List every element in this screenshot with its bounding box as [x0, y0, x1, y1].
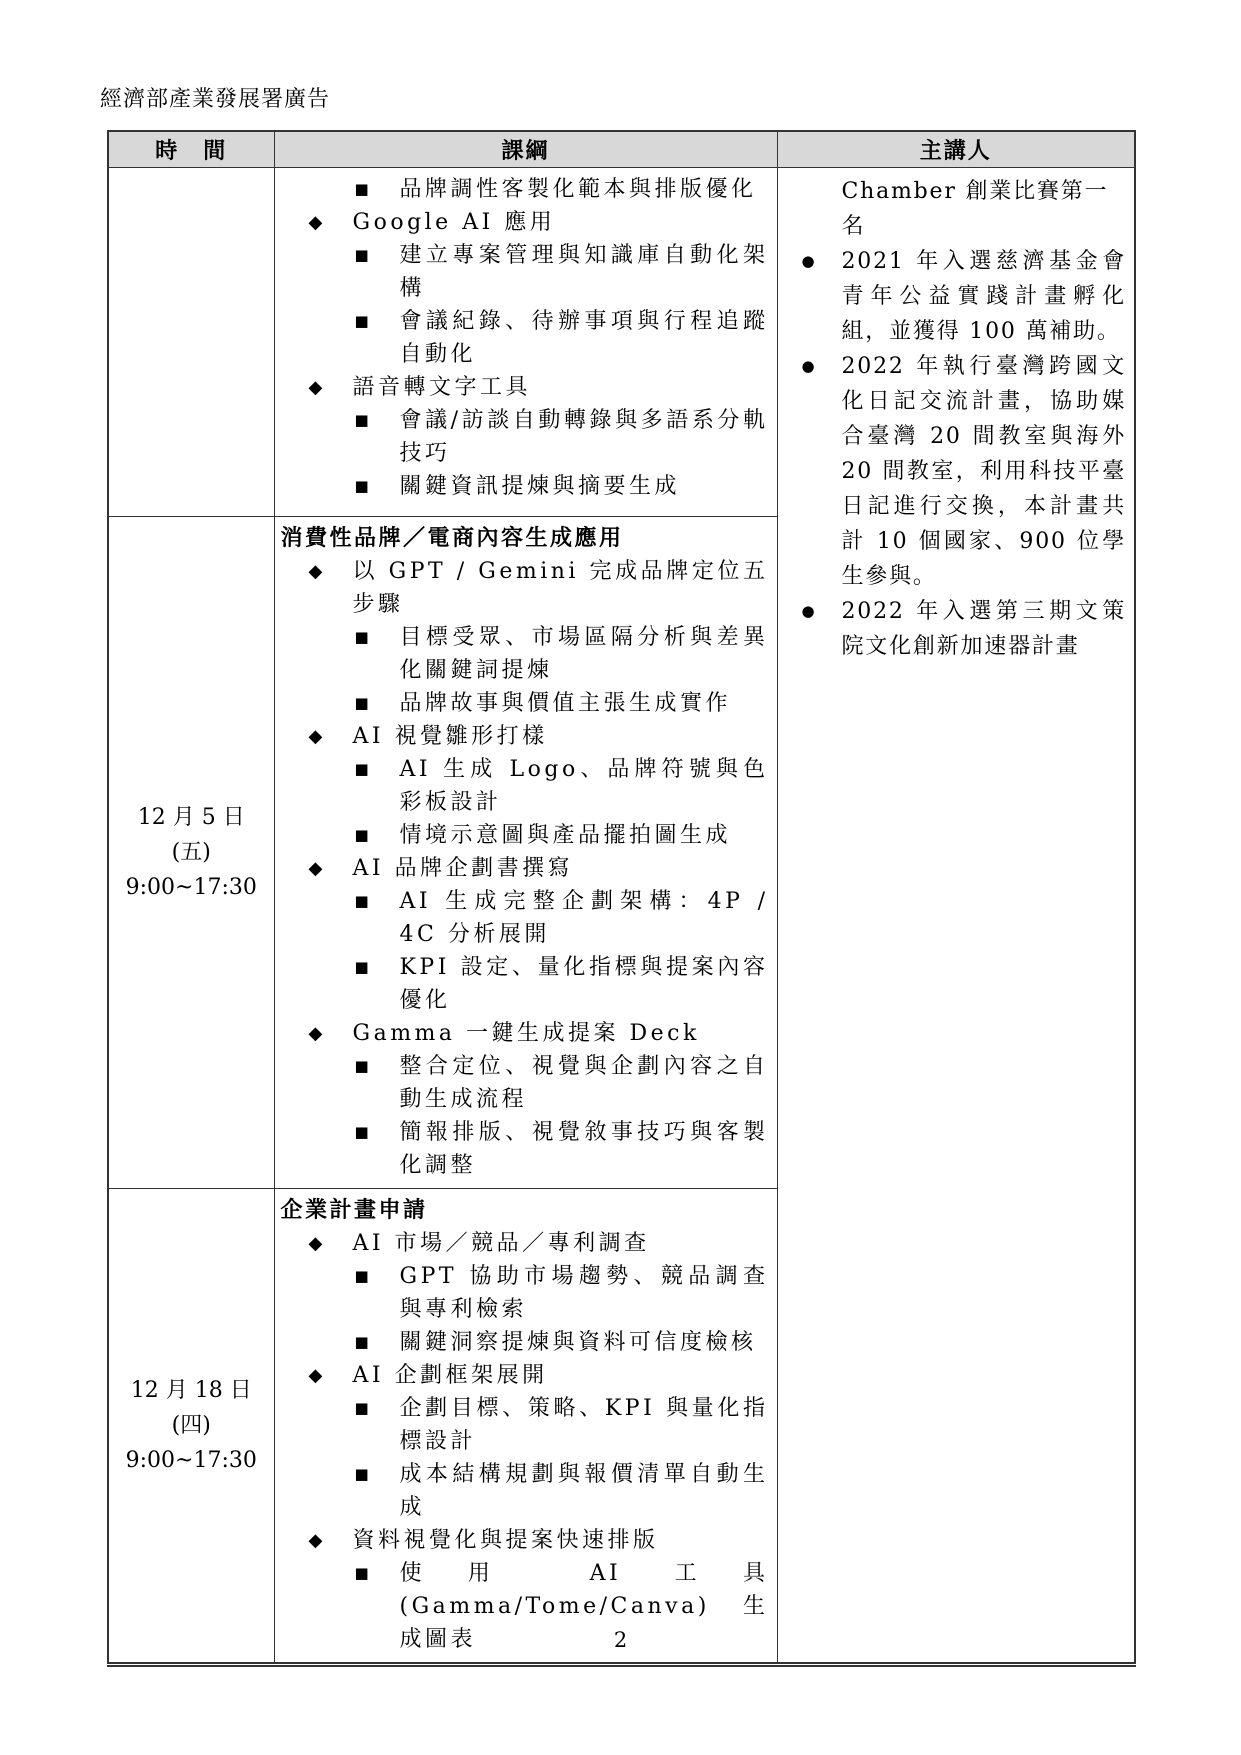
square-bullet-icon: ■: [355, 819, 400, 852]
col-header-time: 時 間: [108, 131, 274, 168]
outline-item-text: AI 品牌企劃書撰寫: [353, 852, 769, 885]
outline-item-text: AI 生成完整企劃架構：4P / 4C 分析展開: [400, 885, 769, 951]
diamond-bullet-icon: ◆: [309, 1524, 353, 1557]
circle-bullet-icon: ●: [802, 244, 842, 279]
time-line: (五): [111, 835, 272, 870]
square-bullet-icon: ■: [355, 470, 400, 503]
diamond-bullet-icon: ◆: [309, 1359, 353, 1392]
outline-item: ■成本結構規劃與報價清單自動生成: [281, 1458, 769, 1524]
diamond-bullet-icon: ◆: [309, 852, 353, 885]
outline-item: ◆語音轉文字工具: [281, 371, 769, 404]
outline-item: ■建立專案管理與知識庫自動化架構: [281, 239, 769, 305]
square-bullet-icon: ■: [355, 885, 400, 918]
square-bullet-icon: ■: [355, 753, 400, 786]
outline-item-text: 成本結構規劃與報價清單自動生成: [400, 1458, 769, 1524]
outline-item-text: AI 生成 Logo、品牌符號與色彩板設計: [400, 753, 769, 819]
speaker-item-text: 2021 年入選慈濟基金會青年公益實踐計畫孵化組，並獲得 100 萬補助。: [842, 244, 1127, 349]
outline-item-text: 目標受眾、市場區隔分析與差異化關鍵詞提煉: [400, 621, 769, 687]
outline-item-text: 關鍵洞察提煉與資料可信度檢核: [400, 1326, 769, 1359]
outline-item-text: 簡報排版、視覺敘事技巧與客製化調整: [400, 1116, 769, 1182]
speaker-item-text: 2022 年執行臺灣跨國文化日記交流計畫，協助媒合臺灣 20 間教室與海外 20…: [842, 349, 1127, 594]
outline-item: ■情境示意圖與產品擺拍圖生成: [281, 819, 769, 852]
square-bullet-icon: ■: [355, 1116, 400, 1149]
speaker-item: ●2022 年入選第三期文策院文化創新加速器計畫: [784, 594, 1127, 664]
outline-item-text: GPT 協助市場趨勢、競品調查與專利檢索: [400, 1260, 769, 1326]
schedule-table: 時 間 課綱 主講人 ■品牌調性客製化範本與排版優化◆Google AI 應用■…: [107, 130, 1136, 1667]
outline-item-text: 資料視覺化與提案快速排版: [353, 1524, 769, 1557]
square-bullet-icon: ■: [355, 1260, 400, 1293]
outline-item: ■品牌故事與價值主張生成實作: [281, 687, 769, 720]
outline-item: ■AI 生成完整企劃架構：4P / 4C 分析展開: [281, 885, 769, 951]
document-page: 經濟部產業發展署廣告 時 間 課綱 主講人 ■品牌調性客製化範本與排版優化◆Go…: [0, 0, 1241, 1755]
diamond-bullet-icon: ◆: [309, 555, 353, 588]
speaker-item: ●2022 年執行臺灣跨國文化日記交流計畫，協助媒合臺灣 20 間教室與海外 2…: [784, 349, 1127, 594]
outline-item-text: 語音轉文字工具: [353, 371, 769, 404]
speaker-item-text: 2022 年入選第三期文策院文化創新加速器計畫: [842, 594, 1127, 664]
outline-cell: ■品牌調性客製化範本與排版優化◆Google AI 應用■建立專案管理與知識庫自…: [274, 168, 777, 517]
outline-item: ■關鍵洞察提煉與資料可信度檢核: [281, 1326, 769, 1359]
time-line: 12 月 5 日: [111, 800, 272, 835]
square-bullet-icon: ■: [355, 173, 400, 206]
time-line: 9:00~17:30: [111, 870, 272, 905]
outline-item: ■目標受眾、市場區隔分析與差異化關鍵詞提煉: [281, 621, 769, 687]
outline-item: ■GPT 協助市場趨勢、競品調查與專利檢索: [281, 1260, 769, 1326]
square-bullet-icon: ■: [355, 951, 400, 984]
outline-item: ◆Google AI 應用: [281, 206, 769, 239]
diamond-bullet-icon: ◆: [309, 206, 353, 239]
outline-item: ■KPI 設定、量化指標與提案內容優化: [281, 951, 769, 1017]
time-cell: 12 月 18 日(四)9:00~17:30: [108, 1189, 274, 1665]
outline-item-text: KPI 設定、量化指標與提案內容優化: [400, 951, 769, 1017]
outline-item-text: AI 企劃框架展開: [353, 1359, 769, 1392]
square-bullet-icon: ■: [355, 239, 400, 272]
time-line: 12 月 18 日: [111, 1373, 272, 1408]
outline-heading: 消費性品牌／電商內容生成應用: [281, 522, 769, 555]
outline-cell: 企業計畫申請◆AI 市場／競品／專利調查■GPT 協助市場趨勢、競品調查與專利檢…: [274, 1189, 777, 1665]
time-line: 9:00~17:30: [111, 1443, 272, 1478]
time-cell: [108, 168, 274, 517]
outline-item-text: 關鍵資訊提煉與摘要生成: [400, 470, 769, 503]
speaker-item: ●2021 年入選慈濟基金會青年公益實踐計畫孵化組，並獲得 100 萬補助。: [784, 244, 1127, 349]
outline-item: ■會議/訪談自動轉錄與多語系分軌技巧: [281, 404, 769, 470]
outline-item-text: 情境示意圖與產品擺拍圖生成: [400, 819, 769, 852]
col-header-speaker: 主講人: [777, 131, 1135, 168]
table-row: ■品牌調性客製化範本與排版優化◆Google AI 應用■建立專案管理與知識庫自…: [108, 168, 1135, 517]
diamond-bullet-icon: ◆: [309, 1017, 353, 1050]
outline-item: ◆資料視覺化與提案快速排版: [281, 1524, 769, 1557]
outline-item-text: AI 市場／競品／專利調查: [353, 1227, 769, 1260]
outline-item: ■整合定位、視覺與企劃內容之自動生成流程: [281, 1050, 769, 1116]
outline-item-text: 建立專案管理與知識庫自動化架構: [400, 239, 769, 305]
square-bullet-icon: ■: [355, 1392, 400, 1425]
circle-bullet-icon: ●: [802, 349, 842, 384]
outline-item: ◆AI 企劃框架展開: [281, 1359, 769, 1392]
header-note: 經濟部產業發展署廣告: [100, 82, 330, 113]
circle-bullet-icon: ●: [802, 594, 842, 629]
col-header-outline: 課綱: [274, 131, 777, 168]
outline-item-text: 品牌故事與價值主張生成實作: [400, 687, 769, 720]
diamond-bullet-icon: ◆: [309, 720, 353, 753]
page-number: 2: [0, 1628, 1241, 1652]
outline-item: ■簡報排版、視覺敘事技巧與客製化調整: [281, 1116, 769, 1182]
square-bullet-icon: ■: [355, 305, 400, 338]
outline-item-text: 會議/訪談自動轉錄與多語系分軌技巧: [400, 404, 769, 470]
outline-item: ◆AI 視覺雛形打樣: [281, 720, 769, 753]
outline-item: ■會議紀錄、待辦事項與行程追蹤自動化: [281, 305, 769, 371]
outline-item-text: 品牌調性客製化範本與排版優化: [400, 173, 769, 206]
outline-cell: 消費性品牌／電商內容生成應用◆以 GPT / Gemini 完成品牌定位五步驟■…: [274, 517, 777, 1189]
outline-item-text: 整合定位、視覺與企劃內容之自動生成流程: [400, 1050, 769, 1116]
square-bullet-icon: ■: [355, 404, 400, 437]
square-bullet-icon: ■: [355, 1557, 400, 1590]
outline-item-text: Google AI 應用: [353, 206, 769, 239]
diamond-bullet-icon: ◆: [309, 371, 353, 404]
square-bullet-icon: ■: [355, 1326, 400, 1359]
square-bullet-icon: ■: [355, 1458, 400, 1491]
outline-item: ◆AI 市場／競品／專利調查: [281, 1227, 769, 1260]
outline-item: ■企劃目標、策略、KPI 與量化指標設計: [281, 1392, 769, 1458]
outline-item: ◆AI 品牌企劃書撰寫: [281, 852, 769, 885]
outline-item-text: 企劃目標、策略、KPI 與量化指標設計: [400, 1392, 769, 1458]
diamond-bullet-icon: ◆: [309, 1227, 353, 1260]
outline-item: ■品牌調性客製化範本與排版優化: [281, 173, 769, 206]
outline-item-text: AI 視覺雛形打樣: [353, 720, 769, 753]
time-cell: 12 月 5 日(五)9:00~17:30: [108, 517, 274, 1189]
speaker-intro-line: Chamber 創業比賽第一名: [842, 174, 1127, 244]
speaker-cell: Chamber 創業比賽第一名●2021 年入選慈濟基金會青年公益實踐計畫孵化組…: [777, 168, 1135, 1665]
square-bullet-icon: ■: [355, 621, 400, 654]
square-bullet-icon: ■: [355, 1050, 400, 1083]
outline-item-text: Gamma 一鍵生成提案 Deck: [353, 1017, 769, 1050]
outline-item: ■AI 生成 Logo、品牌符號與色彩板設計: [281, 753, 769, 819]
time-line: (四): [111, 1408, 272, 1443]
table-header-row: 時 間 課綱 主講人: [108, 131, 1135, 168]
outline-item: ◆Gamma 一鍵生成提案 Deck: [281, 1017, 769, 1050]
square-bullet-icon: ■: [355, 687, 400, 720]
outline-item: ■關鍵資訊提煉與摘要生成: [281, 470, 769, 503]
outline-item-text: 以 GPT / Gemini 完成品牌定位五步驟: [353, 555, 769, 621]
outline-item-text: 會議紀錄、待辦事項與行程追蹤自動化: [400, 305, 769, 371]
outline-heading: 企業計畫申請: [281, 1194, 769, 1227]
outline-item: ◆以 GPT / Gemini 完成品牌定位五步驟: [281, 555, 769, 621]
